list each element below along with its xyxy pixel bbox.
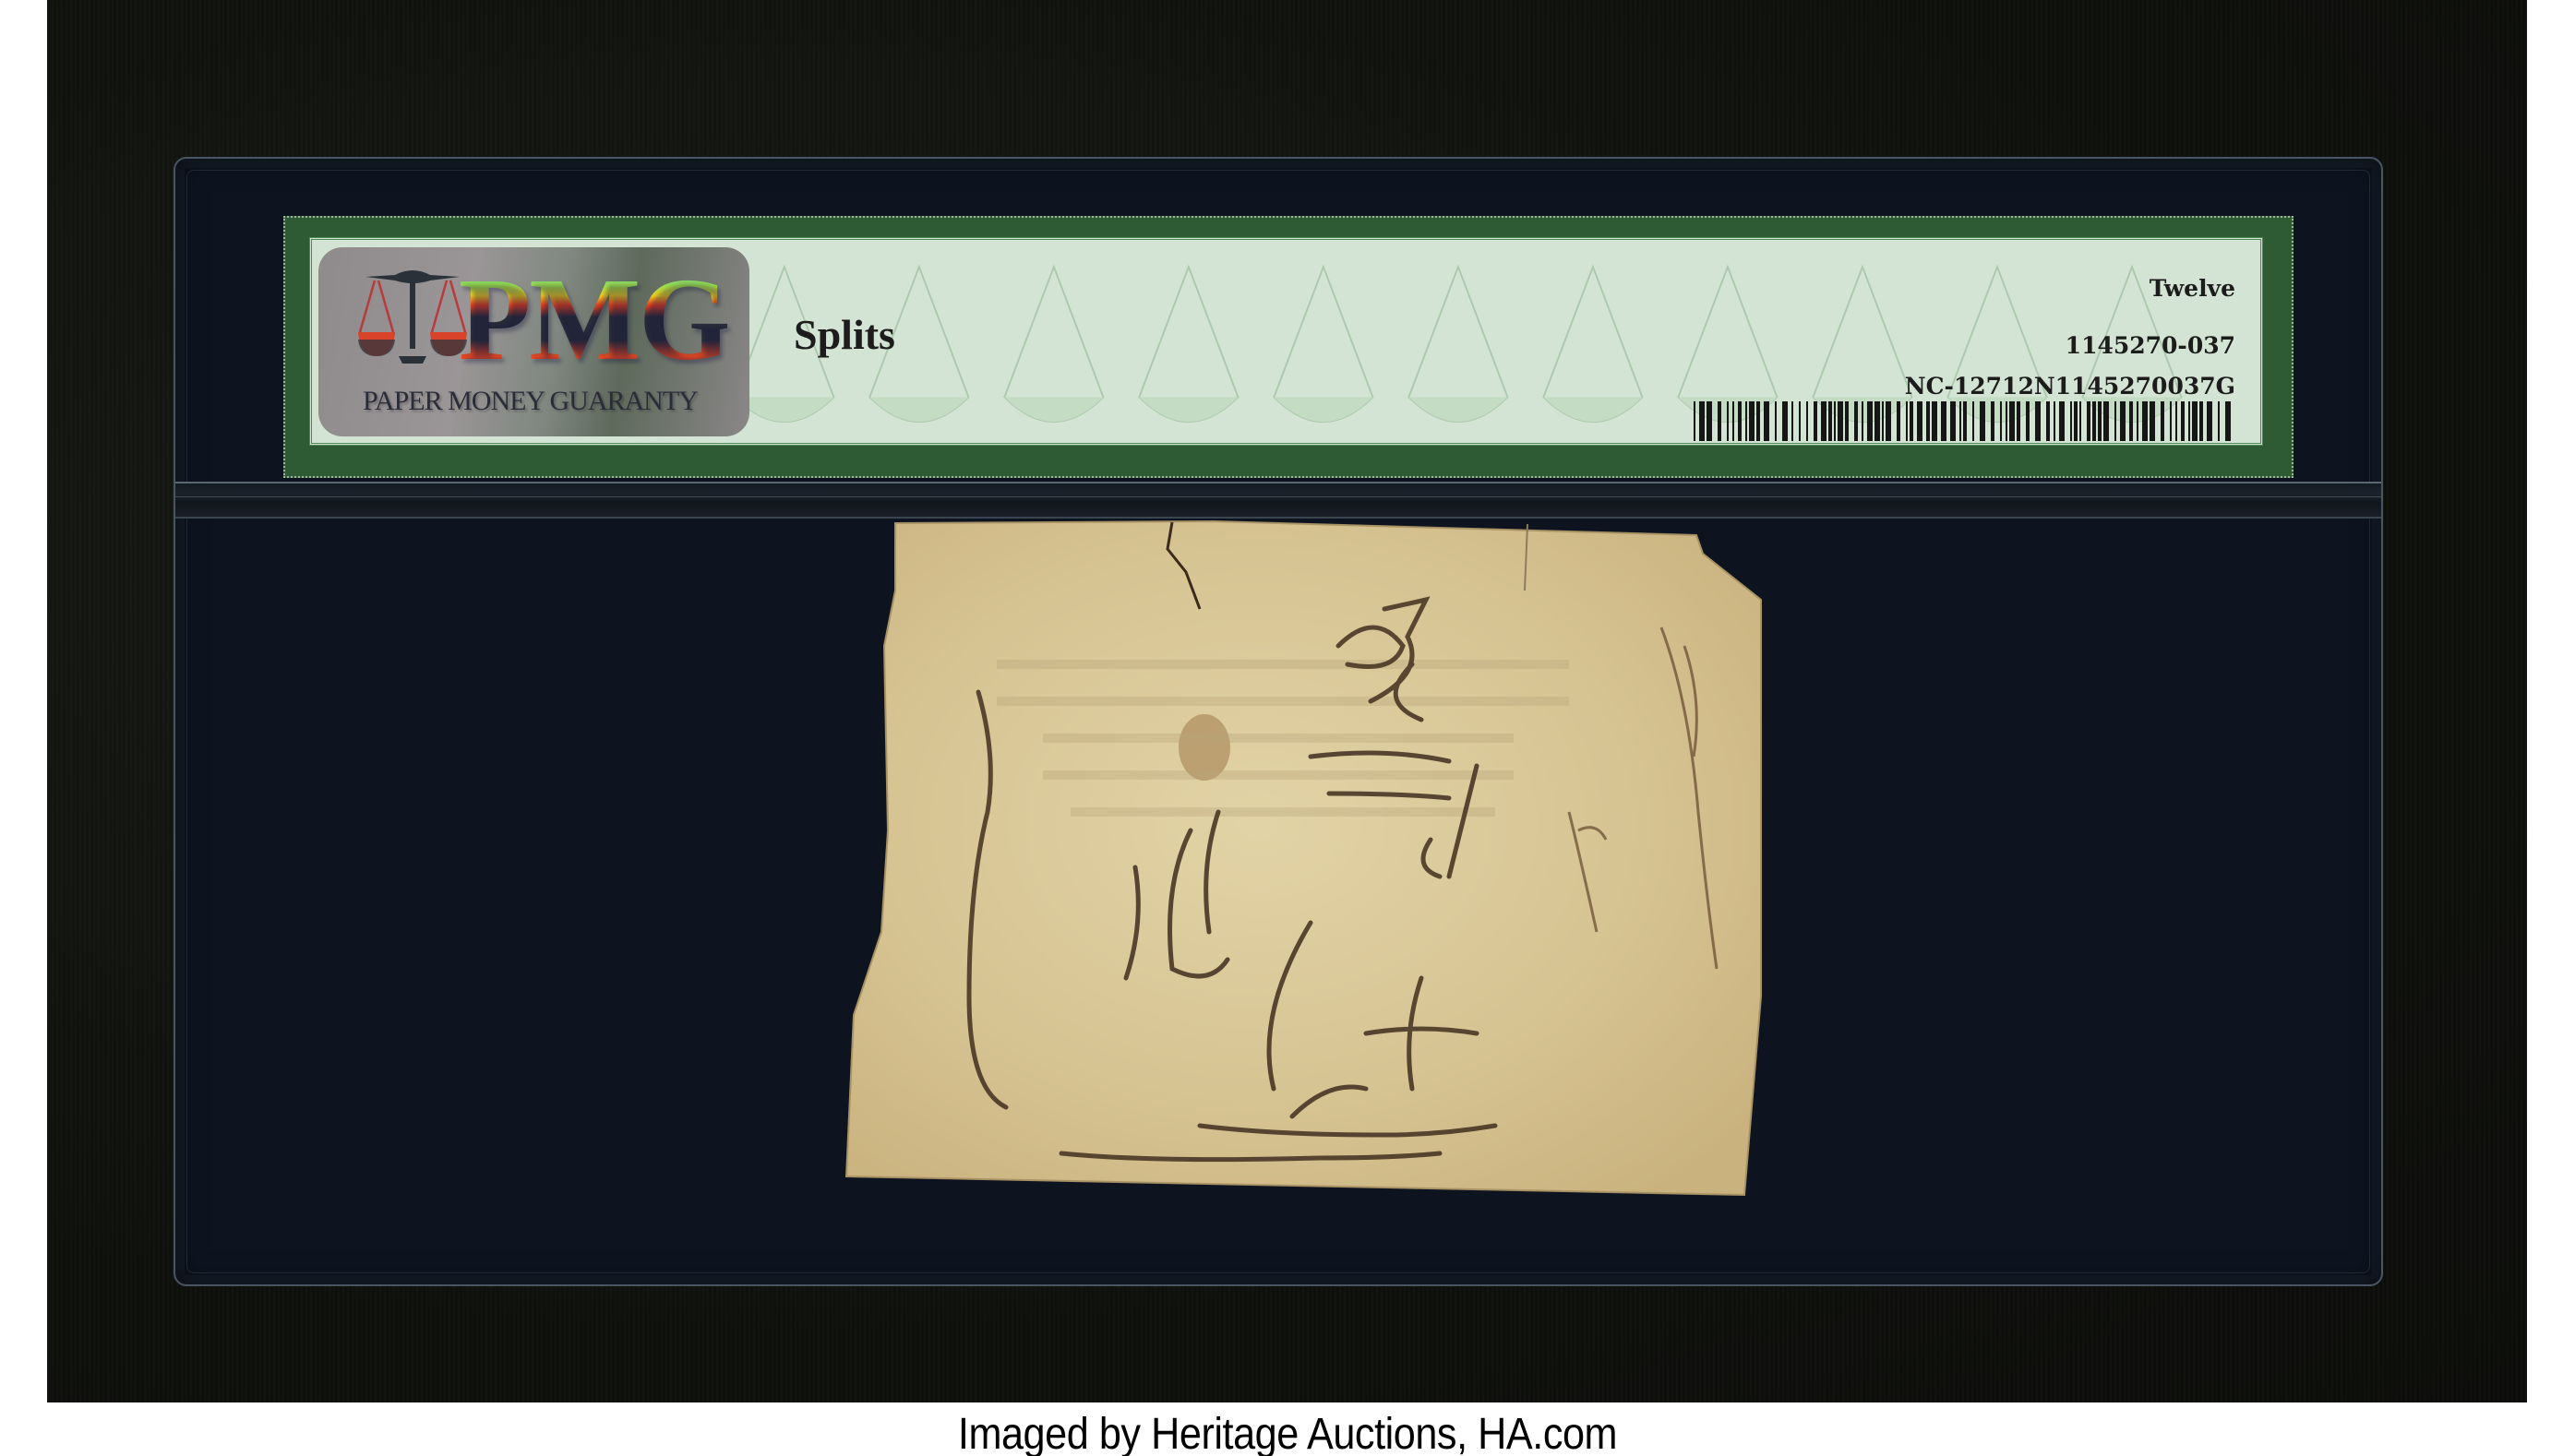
barcode-icon [1694, 401, 2235, 441]
scales-of-justice-icon [358, 268, 467, 365]
designation-text: Splits [794, 310, 895, 359]
pmg-wordmark: PMG [459, 260, 729, 378]
cert-number: 1145270-037 [2066, 332, 2235, 359]
holder-seal-ridge [175, 482, 2381, 519]
image-credit: Imaged by Heritage Auctions, HA.com [129, 1409, 2447, 1456]
grade-text: Twelve [2150, 275, 2235, 302]
pmg-hologram: PMG PAPER MONEY GUARANTY [318, 247, 749, 436]
catalog-code: NC-12712N1145270037G [1905, 373, 2235, 400]
ridge-line [175, 496, 2381, 497]
pmg-tagline: PAPER MONEY GUARANTY [363, 386, 698, 417]
